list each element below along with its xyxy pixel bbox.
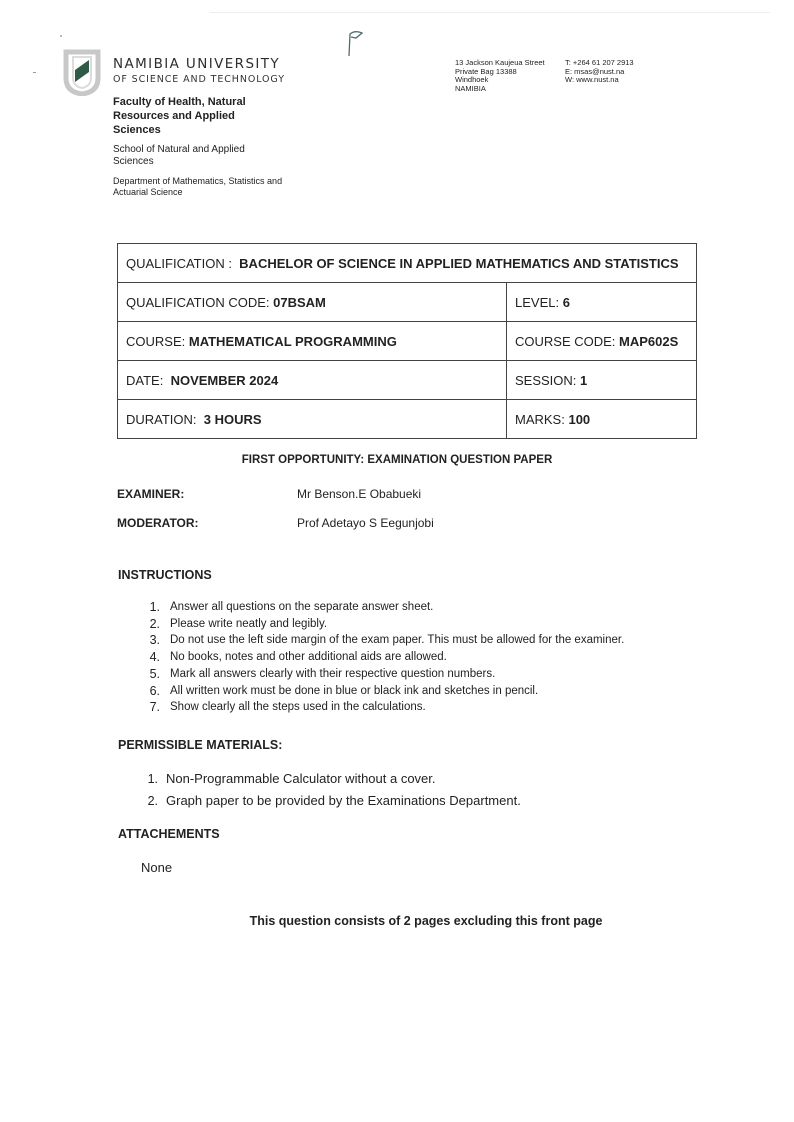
marks-value: 100 xyxy=(568,412,590,427)
school-name: School of Natural and Applied Sciences xyxy=(113,144,273,168)
table-row: QUALIFICATION CODE: 07BSAM LEVEL: 6 xyxy=(118,283,697,322)
table-row: DURATION: 3 HOURS MARKS: 100 xyxy=(118,400,697,439)
materials-heading: PERMISSIBLE MATERIALS: xyxy=(118,738,282,752)
table-row: QUALIFICATION : BACHELOR OF SCIENCE IN A… xyxy=(118,244,697,283)
session-label: SESSION: xyxy=(515,373,576,388)
level-value: 6 xyxy=(563,295,570,310)
attachments-value: None xyxy=(141,860,172,875)
list-item: 7.Show clearly all the steps used in the… xyxy=(140,699,624,716)
university-name: NAMIBIA UNIVERSITY xyxy=(113,56,280,72)
faculty-name: Faculty of Health, Natural Resources and… xyxy=(113,95,273,137)
table-row: COURSE: MATHEMATICAL PROGRAMMING COURSE … xyxy=(118,322,697,361)
opportunity-title: FIRST OPPORTUNITY: EXAMINATION QUESTION … xyxy=(0,454,794,466)
scan-artifact-dot xyxy=(60,35,62,37)
exam-info-table: QUALIFICATION : BACHELOR OF SCIENCE IN A… xyxy=(117,243,697,439)
date-value: NOVEMBER 2024 xyxy=(171,373,279,388)
marks-cell: MARKS: 100 xyxy=(507,400,697,439)
list-item: 2.Please write neatly and legibly. xyxy=(140,616,624,633)
session-value: 1 xyxy=(580,373,587,388)
qualification-code-label: QUALIFICATION CODE: xyxy=(126,295,270,310)
list-item: 2.Graph paper to be provided by the Exam… xyxy=(140,790,521,812)
examiner-label: EXAMINER: xyxy=(117,487,184,501)
level-cell: LEVEL: 6 xyxy=(507,283,697,322)
level-label: LEVEL: xyxy=(515,295,559,310)
course-cell: COURSE: MATHEMATICAL PROGRAMMING xyxy=(118,322,507,361)
instructions-list: 1.Answer all questions on the separate a… xyxy=(140,599,624,716)
list-item: 4.No books, notes and other additional a… xyxy=(140,649,624,666)
qualification-code-cell: QUALIFICATION CODE: 07BSAM xyxy=(118,283,507,322)
list-item: 3.Do not use the left side margin of the… xyxy=(140,632,624,649)
duration-value: 3 HOURS xyxy=(204,412,262,427)
attachments-heading: ATTACHEMENTS xyxy=(118,827,220,841)
handwritten-mark-icon xyxy=(343,28,365,58)
course-label: COURSE: xyxy=(126,334,185,349)
list-item: 6.All written work must be done in blue … xyxy=(140,683,624,700)
qualification-cell: QUALIFICATION : BACHELOR OF SCIENCE IN A… xyxy=(118,244,697,283)
date-cell: DATE: NOVEMBER 2024 xyxy=(118,361,507,400)
department-name: Department of Mathematics, Statistics an… xyxy=(113,176,283,198)
moderator-label: MODERATOR: xyxy=(117,516,199,530)
scan-artifact-dot xyxy=(33,72,36,73)
table-row: DATE: NOVEMBER 2024 SESSION: 1 xyxy=(118,361,697,400)
examiner-value: Mr Benson.E Obabueki xyxy=(297,487,421,501)
session-cell: SESSION: 1 xyxy=(507,361,697,400)
address-line: NAMIBIA xyxy=(455,85,545,94)
page-count-note: This question consists of 2 pages exclud… xyxy=(0,914,794,928)
list-item: 1.Answer all questions on the separate a… xyxy=(140,599,624,616)
course-code-value: MAP602S xyxy=(619,334,678,349)
duration-cell: DURATION: 3 HOURS xyxy=(118,400,507,439)
scan-artifact-line xyxy=(210,12,770,13)
qualification-code-value: 07BSAM xyxy=(273,295,326,310)
duration-label: DURATION: xyxy=(126,412,197,427)
course-value: MATHEMATICAL PROGRAMMING xyxy=(189,334,397,349)
address-block: 13 Jackson Kaujeua Street Private Bag 13… xyxy=(455,59,545,93)
instructions-heading: INSTRUCTIONS xyxy=(118,568,212,582)
qualification-label: QUALIFICATION : xyxy=(126,256,232,271)
marks-label: MARKS: xyxy=(515,412,565,427)
materials-list: 1.Non-Programmable Calculator without a … xyxy=(140,768,521,812)
list-item: 5.Mark all answers clearly with their re… xyxy=(140,666,624,683)
moderator-value: Prof Adetayo S Eegunjobi xyxy=(297,516,434,530)
course-code-cell: COURSE CODE: MAP602S xyxy=(507,322,697,361)
date-label: DATE: xyxy=(126,373,163,388)
qualification-value: BACHELOR OF SCIENCE IN APPLIED MATHEMATI… xyxy=(239,256,678,271)
university-subtitle: OF SCIENCE AND TECHNOLOGY xyxy=(113,74,285,85)
course-code-label: COURSE CODE: xyxy=(515,334,615,349)
contact-website: W: www.nust.na xyxy=(565,76,634,85)
nust-logo-icon xyxy=(62,48,102,96)
list-item: 1.Non-Programmable Calculator without a … xyxy=(140,768,521,790)
contact-block: T: +264 61 207 2913 E: msas@nust.na W: w… xyxy=(565,59,634,85)
